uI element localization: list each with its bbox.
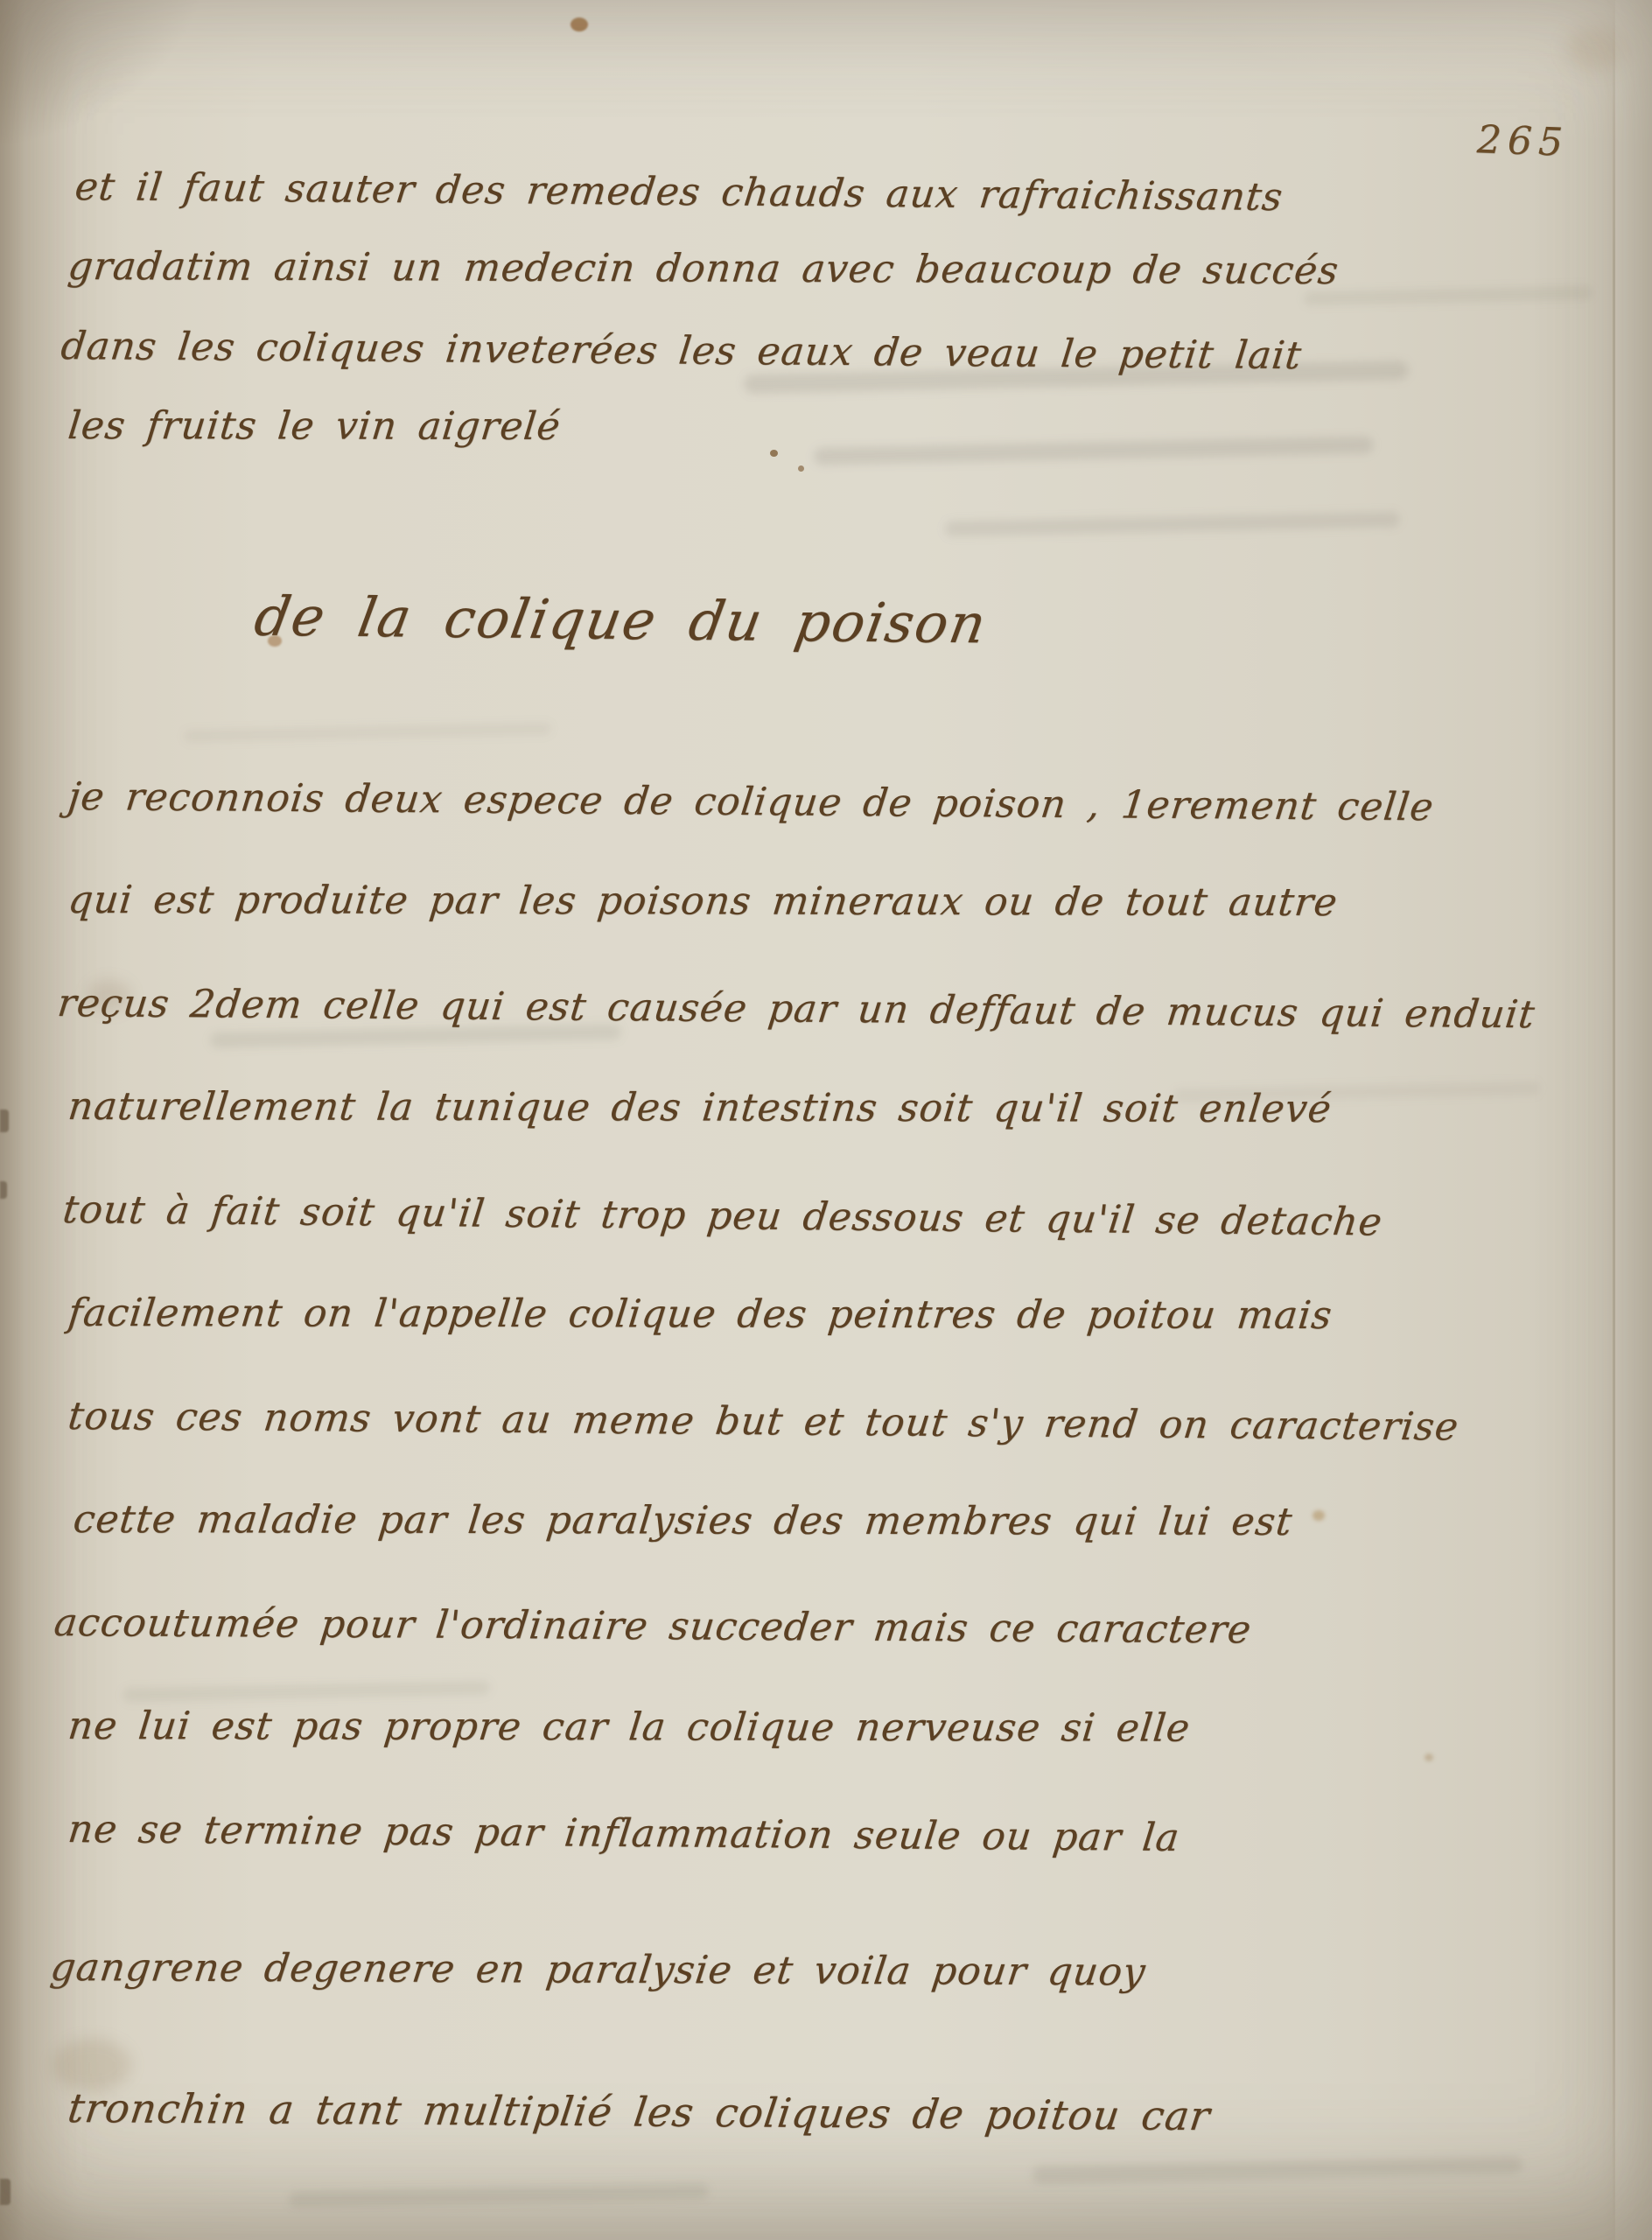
page-number: 265 <box>1476 117 1570 165</box>
manuscript-line: tous ces noms vont au meme but et tout s… <box>62 1365 1540 1480</box>
section-heading: de la colique du poison <box>250 584 992 656</box>
foxing-stain <box>52 2039 131 2091</box>
manuscript-line: accoutumée pour l'ordinaire succeder mai… <box>48 1571 1540 1683</box>
page-edge-mark <box>0 1181 7 1199</box>
bleedthrough-shadow <box>184 723 551 743</box>
top-paragraph: et il faut sauter des remedes chauds aux… <box>68 147 1339 465</box>
foxing-stain <box>1424 1753 1433 1761</box>
foxing-stain <box>1312 1510 1325 1521</box>
manuscript-line: ne lui est pas propre car la colique ner… <box>63 1675 1541 1781</box>
bleedthrough-shadow <box>945 512 1400 537</box>
manuscript-line: naturellement la tunique des intestins s… <box>63 1055 1541 1161</box>
manuscript-line: tronchin a tant multiplié les coliques d… <box>61 2056 1541 2170</box>
manuscript-line: et il faut sauter des remedes chauds aux… <box>71 147 1343 238</box>
manuscript-line: gradatim ainsi un medecin donna avec bea… <box>64 227 1343 311</box>
manuscript-line: cette maladie par les paralysies des mem… <box>68 1468 1541 1574</box>
manuscript-line: facilement on l'appelle colique des pein… <box>63 1262 1541 1368</box>
manuscript-line: je reconnois deux espece de colique de p… <box>62 745 1540 860</box>
manuscript-line: tout à fait soit qu'il soit trop peu des… <box>57 1158 1541 1276</box>
bleedthrough-shadow <box>1304 286 1592 306</box>
page-margin-edge <box>1615 0 1652 2240</box>
ink-spot <box>268 635 282 647</box>
main-paragraph: je reconnois deux espece de colique de p… <box>68 745 1535 2159</box>
manuscript-line: dans les coliques inveterées les eaux de… <box>57 306 1343 395</box>
page-edge-mark <box>0 2179 10 2205</box>
ink-spot <box>770 450 778 457</box>
manuscript-line: reçus 2dem celle qui est causée par un d… <box>52 952 1540 1067</box>
page-edge-mark <box>0 1109 9 1132</box>
manuscript-line: les fruits le vin aigrelé <box>64 386 1343 468</box>
manuscript-line: gangrene degenere en paralysie et voila … <box>44 1916 1541 2026</box>
ink-spot <box>570 17 588 31</box>
manuscript-line: qui est produite par les poisons minerau… <box>63 849 1541 955</box>
manuscript-page: 265 et il faut sauter des remedes chauds… <box>0 0 1652 2240</box>
bleedthrough-shadow <box>289 2183 709 2208</box>
foxing-stain <box>87 980 131 1011</box>
manuscript-line: ne se termine pas par inflammation seule… <box>62 1778 1540 1893</box>
ink-spot <box>798 465 804 472</box>
